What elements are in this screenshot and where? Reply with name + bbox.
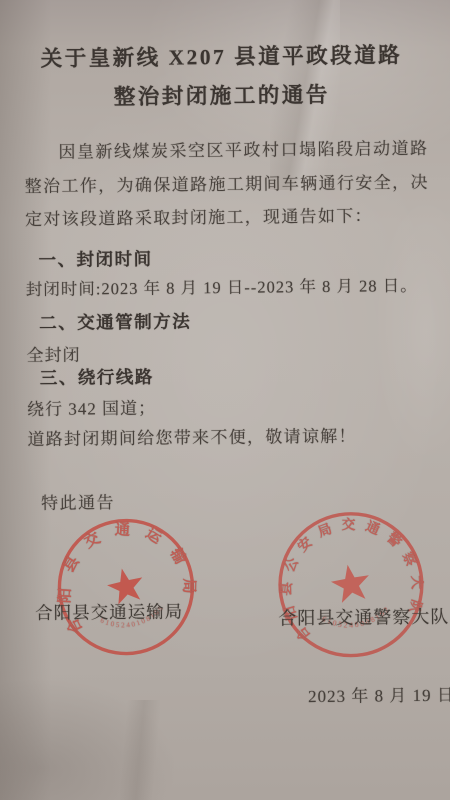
section-1-body: 封闭时间:2023 年 8 月 19 日--2023 年 8 月 28 日。 [26,272,418,300]
notice-title-line1: 关于皇新线 X207 县道平政段道路 [0,38,447,74]
section-3-heading: 三、绕行线路 [40,364,154,390]
star-icon [329,562,373,605]
apology-line: 道路封闭期间给您带来不便，敬请谅解！ [27,422,357,450]
section-2-heading: 二、交通管制方法 [39,308,191,335]
section-3-body: 绕行 342 国道； [27,394,156,420]
section-2-body: 全封闭 [26,341,80,367]
issue-date: 2023 年 8 月 19 日 [308,681,450,708]
notice-document: 关于皇新线 X207 县道平政段道路 整治封闭施工的通告 因皇新线煤炭采空区平政… [0,0,450,800]
section-1-heading: 一、封闭时间 [38,246,152,272]
closing-line: 特此通告 [41,488,115,514]
document-photo: 关于皇新线 X207 县道平政段道路 整治封闭施工的通告 因皇新线煤炭采空区平政… [0,0,450,800]
transport-bureau-seal: 合阳县交通运输局 6105240108105 [35,496,216,677]
agency-name-transport-bureau: 合阳县交通运输局 [35,598,183,625]
agency-name-traffic-police: 合阳县交通警察大队 [278,603,449,631]
traffic-police-seal: 合阳县公安局交通警察大队 6105240008162 [258,491,445,678]
intro-paragraph: 因皇新线煤炭采空区平政村口塌陷段启动道路整治工作，为确保道路施工期间车辆通行安全… [24,132,429,237]
notice-title-line2: 整治封闭施工的通告 [0,77,447,113]
